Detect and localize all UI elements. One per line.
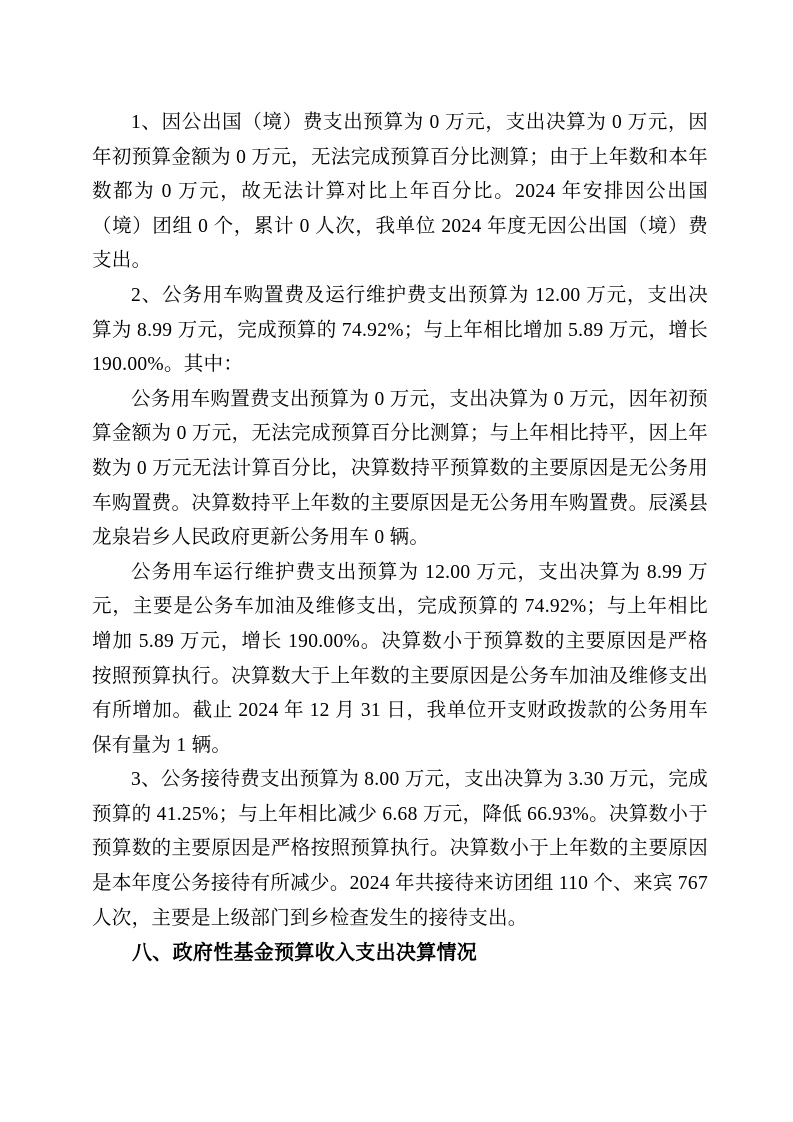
- paragraph-overseas-travel-expense: 1、因公出国（境）费支出预算为 0 万元，支出决算为 0 万元，因年初预算金额为…: [92, 106, 708, 279]
- paragraph-official-vehicle-total: 2、公务用车购置费及运行维护费支出预算为 12.00 万元，支出决算为 8.99…: [92, 279, 708, 383]
- section-heading-government-fund-budget: 八、政府性基金预算收入支出决算情况: [92, 936, 708, 971]
- document-page: 1、因公出国（境）费支出预算为 0 万元，支出决算为 0 万元，因年初预算金额为…: [0, 0, 793, 1122]
- paragraph-official-reception-expense: 3、公务接待费支出预算为 8.00 万元，支出决算为 3.30 万元，完成预算的…: [92, 763, 708, 936]
- document-body: 1、因公出国（境）费支出预算为 0 万元，支出决算为 0 万元，因年初预算金额为…: [92, 106, 708, 971]
- paragraph-vehicle-purchase-expense: 公务用车购置费支出预算为 0 万元，支出决算为 0 万元，因年初预算金额为 0 …: [92, 383, 708, 556]
- paragraph-vehicle-maintenance-expense: 公务用车运行维护费支出预算为 12.00 万元，支出决算为 8.99 万元，主要…: [92, 556, 708, 764]
